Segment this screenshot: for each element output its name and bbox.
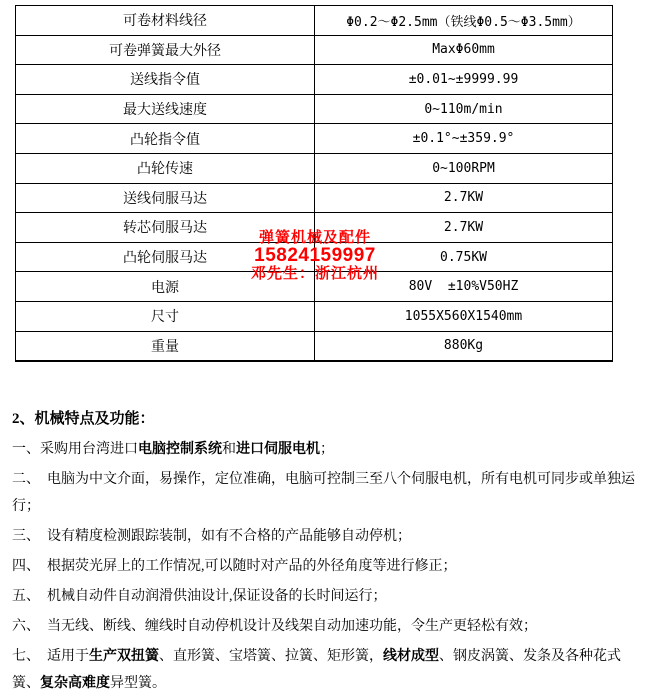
- spec-value: Φ0.2～Φ2.5mm（铁线Φ0.5～Φ3.5mm）: [315, 6, 613, 36]
- spec-row: 可卷弹簧最大外径MaxΦ60mm: [16, 35, 613, 65]
- feature-text: 采购用台湾进口: [40, 442, 138, 457]
- spec-value: ±0.1°~±359.9°: [315, 124, 613, 154]
- feature-item-number: 二、: [12, 472, 33, 487]
- feature-item: 五、 机械自动件自动润滑供油设计,保证设备的长时间运行；: [12, 583, 646, 610]
- spec-value: 80V ±10%V50HZ: [315, 272, 613, 302]
- features-list: 一、采购用台湾进口电脑控制系统和进口伺服电机；二、 电脑为中文介面，易操作，定位…: [12, 436, 646, 697]
- spec-row: 送线指令值±0.01~±9999.99: [16, 65, 613, 95]
- spec-label: 凸轮指令值: [16, 124, 315, 154]
- feature-bold-text: 电脑控制系统: [138, 442, 222, 457]
- feature-text: 根据荧光屏上的工作情况,可以随时对产品的外径角度等进行修正；: [33, 559, 457, 574]
- spec-row: 电源80V ±10%V50HZ: [16, 272, 613, 302]
- spec-value: MaxΦ60mm: [315, 35, 613, 65]
- spec-label: 凸轮伺服马达: [16, 242, 315, 272]
- document-page: 可卷材料线径Φ0.2～Φ2.5mm（铁线Φ0.5～Φ3.5mm）可卷弹簧最大外径…: [0, 0, 652, 699]
- feature-text: 和: [222, 442, 236, 457]
- feature-item-number: 五、: [12, 589, 33, 604]
- spec-row: 尺寸1055X560X1540mm: [16, 301, 613, 331]
- feature-item: 一、采购用台湾进口电脑控制系统和进口伺服电机；: [12, 436, 646, 463]
- features-section: 2、机械特点及功能： 一、采购用台湾进口电脑控制系统和进口伺服电机；二、 电脑为…: [12, 406, 646, 699]
- feature-text: 电脑为中文介面，易操作，定位准确，电脑可控制三至八个伺服电机，所有电机可同步或单…: [12, 472, 635, 514]
- spec-value: 2.7KW: [315, 183, 613, 213]
- spec-label: 重量: [16, 331, 315, 361]
- feature-text: 异型簧。: [110, 676, 166, 691]
- feature-bold-text: 复杂高难度: [40, 676, 110, 691]
- spec-row: 凸轮指令值±0.1°~±359.9°: [16, 124, 613, 154]
- features-heading: 2、机械特点及功能：: [12, 406, 646, 433]
- feature-item: 七、 适用于生产双扭簧、直形簧、宝塔簧、拉簧、矩形簧，线材成型、钢皮涡簧、发条及…: [12, 643, 646, 697]
- spec-label: 可卷材料线径: [16, 6, 315, 36]
- spec-value: 0~100RPM: [315, 153, 613, 183]
- spec-label: 凸轮传速: [16, 153, 315, 183]
- spec-value: ±0.01~±9999.99: [315, 65, 613, 95]
- spec-row: 凸轮伺服马达0.75KW: [16, 242, 613, 272]
- feature-bold-text: 线材成型: [383, 649, 439, 664]
- feature-bold-text: 生产双扭簧: [89, 649, 159, 664]
- spec-row: 转芯伺服马达2.7KW: [16, 213, 613, 243]
- spec-row: 最大送线速度0~110m/min: [16, 94, 613, 124]
- spec-row: 可卷材料线径Φ0.2～Φ2.5mm（铁线Φ0.5～Φ3.5mm）: [16, 6, 613, 36]
- spec-row: 凸轮传速0~100RPM: [16, 153, 613, 183]
- feature-item-number: 三、: [12, 529, 33, 544]
- spec-label: 送线伺服马达: [16, 183, 315, 213]
- feature-item: 三、 设有精度检测跟踪装制，如有不合格的产品能够自动停机；: [12, 523, 646, 550]
- spec-label: 最大送线速度: [16, 94, 315, 124]
- feature-item-number: 四、: [12, 559, 33, 574]
- feature-text: 设有精度检测跟踪装制，如有不合格的产品能够自动停机；: [33, 529, 411, 544]
- spec-value: 0.75KW: [315, 242, 613, 272]
- feature-item: 二、 电脑为中文介面，易操作，定位准确，电脑可控制三至八个伺服电机，所有电机可同…: [12, 466, 646, 520]
- feature-bold-text: 进口伺服电机: [236, 442, 320, 457]
- feature-item: 六、 当无线、断线、缠线时自动停机设计及线架自动加速功能，令生产更轻松有效；: [12, 613, 646, 640]
- feature-item: 四、 根据荧光屏上的工作情况,可以随时对产品的外径角度等进行修正；: [12, 553, 646, 580]
- spec-value: 2.7KW: [315, 213, 613, 243]
- spec-table: 可卷材料线径Φ0.2～Φ2.5mm（铁线Φ0.5～Φ3.5mm）可卷弹簧最大外径…: [15, 5, 613, 362]
- spec-table-body: 可卷材料线径Φ0.2～Φ2.5mm（铁线Φ0.5～Φ3.5mm）可卷弹簧最大外径…: [16, 6, 613, 362]
- spec-value: 880Kg: [315, 331, 613, 361]
- spec-label: 尺寸: [16, 301, 315, 331]
- spec-row: 重量880Kg: [16, 331, 613, 361]
- spec-label: 转芯伺服马达: [16, 213, 315, 243]
- feature-item-number: 六、: [12, 619, 33, 634]
- feature-text: 当无线、断线、缠线时自动停机设计及线架自动加速功能，令生产更轻松有效；: [33, 619, 537, 634]
- feature-item-number: 七、: [12, 649, 33, 664]
- feature-text: ；: [320, 442, 334, 457]
- feature-text: 、直形簧、宝塔簧、拉簧、矩形簧，: [159, 649, 383, 664]
- feature-item-number: 一、: [12, 442, 40, 457]
- spec-row: 送线伺服马达2.7KW: [16, 183, 613, 213]
- spec-label: 送线指令值: [16, 65, 315, 95]
- spec-label: 可卷弹簧最大外径: [16, 35, 315, 65]
- spec-value: 1055X560X1540mm: [315, 301, 613, 331]
- spec-label: 电源: [16, 272, 315, 302]
- feature-text: 机械自动件自动润滑供油设计,保证设备的长时间运行；: [33, 589, 387, 604]
- spec-value: 0~110m/min: [315, 94, 613, 124]
- feature-text: 适用于: [33, 649, 89, 664]
